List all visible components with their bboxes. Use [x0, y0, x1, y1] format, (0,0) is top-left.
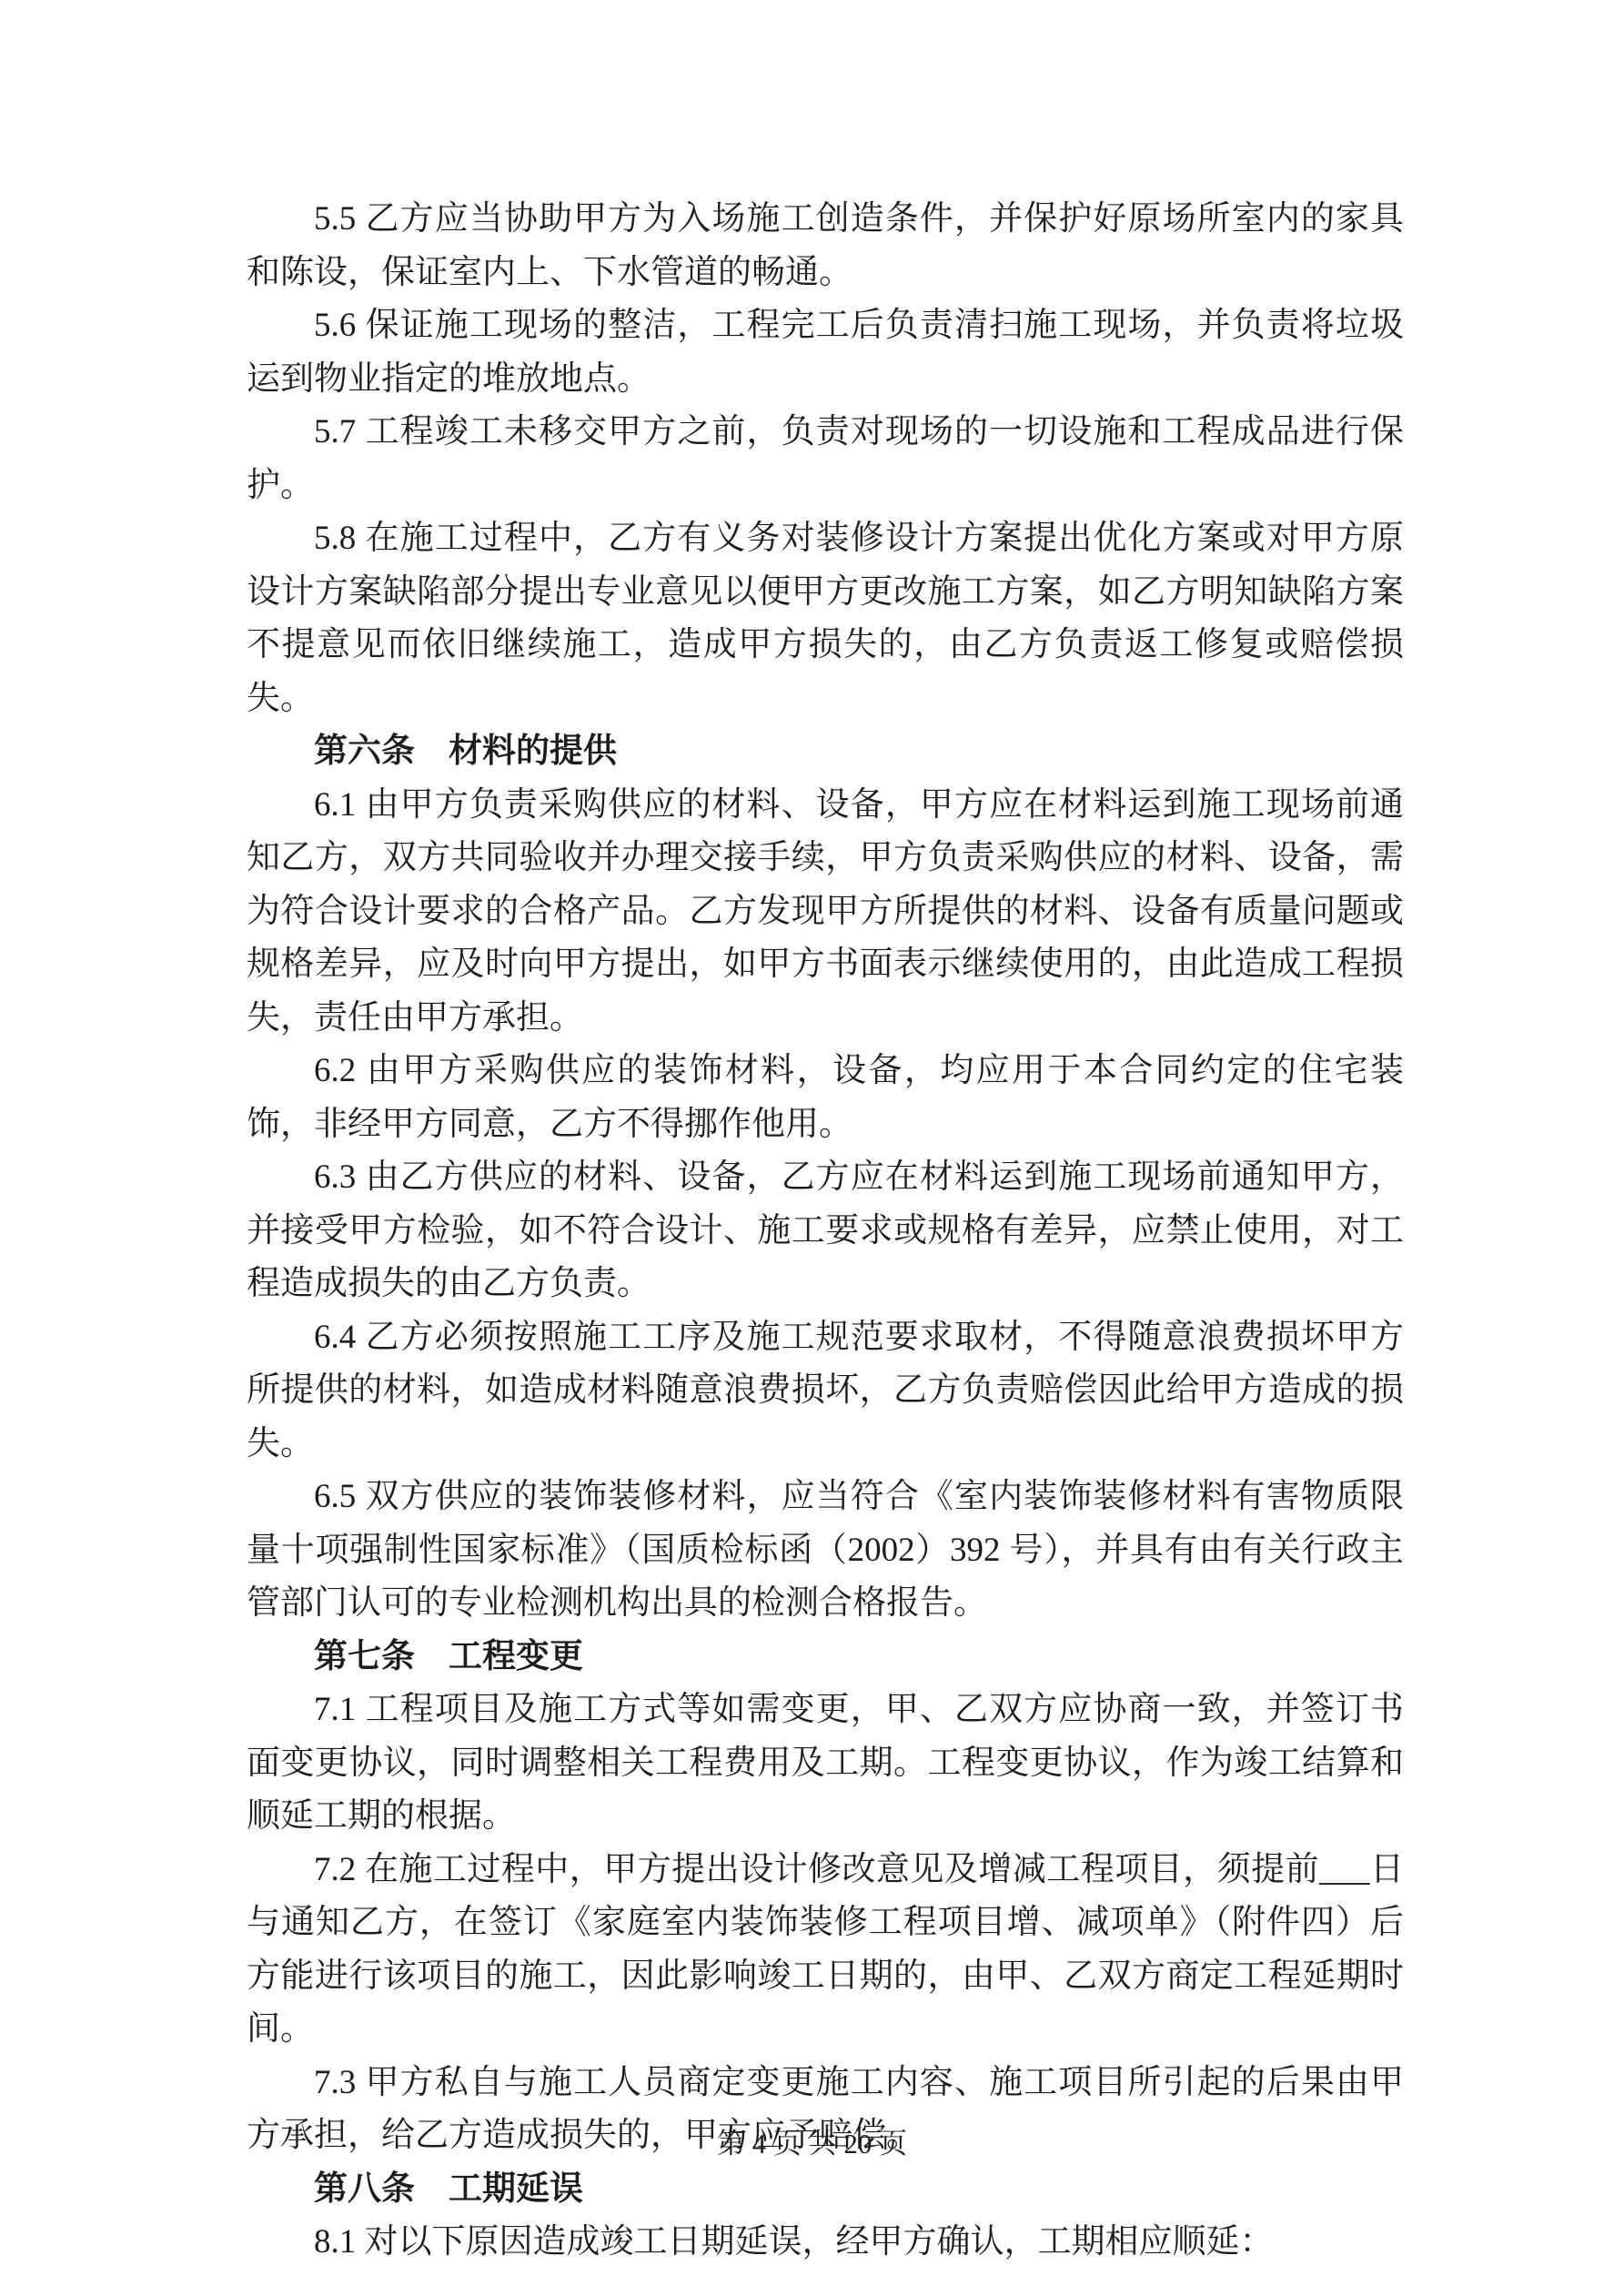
section-heading: 第八条 工期延误: [247, 2163, 1404, 2217]
contract-paragraph: 6.3 由乙方供应的材料、设备，乙方应在材料运到施工现场前通知甲方，并接受甲方检…: [247, 1151, 1404, 1311]
contract-paragraph: 8.1 对以下原因造成竣工日期延误，经甲方确认，工期相应顺延：: [247, 2216, 1404, 2270]
section-heading: 第六条 材料的提供: [247, 725, 1404, 779]
contract-paragraph: 5.7 工程竣工未移交甲方之前，负责对现场的一切设施和工程成品进行保护。: [247, 406, 1404, 512]
contract-paragraph: 5.6 保证施工现场的整洁，工程完工后负责清扫施工现场，并负责将垃圾运到物业指定…: [247, 299, 1404, 406]
contract-page: 5.5 乙方应当协助甲方为入场施工创造条件，并保护好原场所室内的家具和陈设，保证…: [0, 0, 1624, 2296]
page-number-label: 第 4 页 共 20 页: [717, 2128, 907, 2159]
page-footer: 第 4 页 共 20 页: [0, 2126, 1624, 2162]
contract-paragraph: 6.5 双方供应的装饰装修材料，应当符合《室内装饰装修材料有害物质限量十项强制性…: [247, 1471, 1404, 1631]
contract-body: 5.5 乙方应当协助甲方为入场施工创造条件，并保护好原场所室内的家具和陈设，保证…: [247, 193, 1404, 2270]
contract-paragraph: 5.8 在施工过程中，乙方有义务对装修设计方案提出优化方案或对甲方原设计方案缺陷…: [247, 512, 1404, 725]
contract-paragraph: 7.2 在施工过程中，甲方提出设计修改意见及增减工程项目，须提前___日与通知乙…: [247, 1844, 1404, 2057]
section-heading: 第七条 工程变更: [247, 1631, 1404, 1684]
contract-paragraph: 6.1 由甲方负责采购供应的材料、设备，甲方应在材料运到施工现场前通知乙方，双方…: [247, 779, 1404, 1046]
contract-paragraph: 7.1 工程项目及施工方式等如需变更，甲、乙双方应协商一致，并签订书面变更协议，…: [247, 1684, 1404, 1844]
contract-paragraph: 5.5 乙方应当协助甲方为入场施工创造条件，并保护好原场所室内的家具和陈设，保证…: [247, 193, 1404, 299]
contract-paragraph: 6.2 由甲方采购供应的装饰材料，设备，均应用于本合同约定的住宅装饰，非经甲方同…: [247, 1045, 1404, 1151]
contract-paragraph: 6.4 乙方必须按照施工工序及施工规范要求取材，不得随意浪费损坏甲方所提供的材料…: [247, 1311, 1404, 1472]
